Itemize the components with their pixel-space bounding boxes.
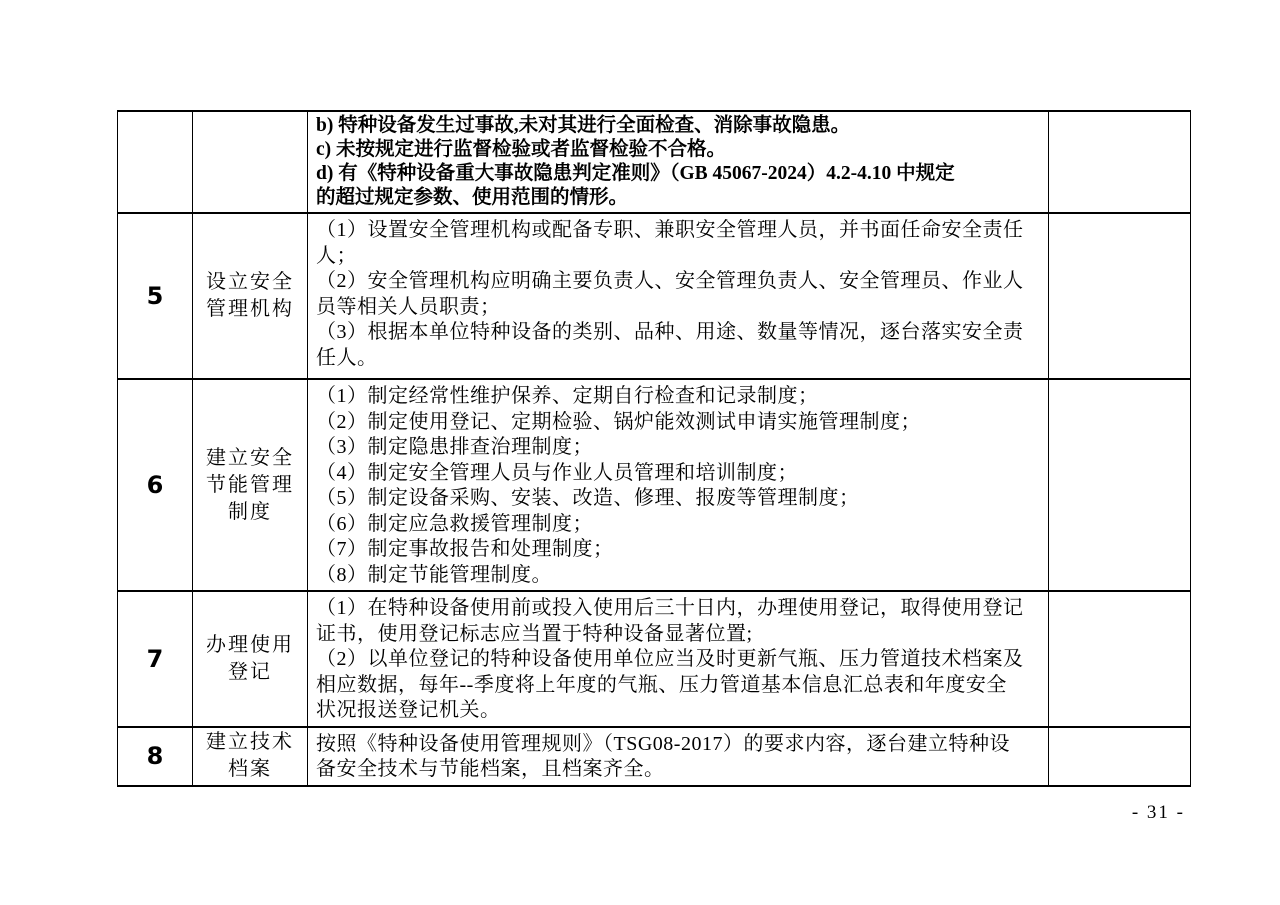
table-row-5: 5 设立安全管理机构 （1）设置安全管理机构或配备专职、兼职安全管理人员，并书面… (118, 213, 1191, 379)
text-line: （8）制定节能管理制度。 (316, 563, 1044, 589)
row-remark-cell (1049, 213, 1191, 379)
text-line: 的超过规定参数、使用范围的情形。 (316, 186, 1044, 210)
text-line: d) 有《特种设备重大事故隐患判定准则》（GB 45067-2024）4.2-4… (316, 162, 1044, 186)
text-line: （1）制定经常性维护保养、定期自行检查和记录制度； (316, 384, 1044, 410)
row-title-cell: 办理使用登记 (193, 591, 308, 727)
text-line: 相应数据，每年--季度将上年度的气瓶、压力管道基本信息汇总表和年度安全 (316, 673, 1044, 699)
text-line: （3）根据本单位特种设备的类别、品种、用途、数量等情况，逐台落实安全责 (316, 320, 1044, 346)
table-row-8: 8 建立技术档案 按照《特种设备使用管理规则》（TSG08-2017）的要求内容… (118, 727, 1191, 786)
text-line: b) 特种设备发生过事故,未对其进行全面检查、消除事故隐患。 (316, 114, 1044, 138)
table-row-6: 6 建立安全节能管理制度 （1）制定经常性维护保养、定期自行检查和记录制度；（2… (118, 379, 1191, 591)
row-title-cell: 设立安全管理机构 (193, 213, 308, 379)
row-number-cell (118, 111, 193, 213)
row-content-cell: （1）在特种设备使用前或投入使用后三十日内，办理使用登记，取得使用登记证书，使用… (308, 591, 1049, 727)
row-number-cell: 8 (118, 727, 193, 786)
text-line: （2）安全管理机构应明确主要负责人、安全管理负责人、安全管理员、作业人 (316, 269, 1044, 295)
table-row-continuation: b) 特种设备发生过事故,未对其进行全面检查、消除事故隐患。c) 未按规定进行监… (118, 111, 1191, 213)
text-line: 管理机构 (193, 296, 307, 323)
row-number-cell: 7 (118, 591, 193, 727)
row-content-cell: 按照《特种设备使用管理规则》（TSG08-2017）的要求内容，逐台建立特种设备… (308, 727, 1049, 786)
row-title-cell: 建立技术档案 (193, 727, 308, 786)
text-line: 人； (316, 244, 1044, 270)
text-line: 登记 (193, 659, 307, 686)
row-content-cell: （1）制定经常性维护保养、定期自行检查和记录制度；（2）制定使用登记、定期检验、… (308, 379, 1049, 591)
row-title-cell (193, 111, 308, 213)
text-line: 档案 (193, 756, 307, 783)
document-page: { "page": { "page_number": "- 31 -" }, "… (0, 0, 1280, 905)
text-line: 备安全技术与节能档案，且档案齐全。 (316, 757, 1044, 783)
text-line: （1）设置安全管理机构或配备专职、兼职安全管理人员，并书面任命安全责任 (316, 218, 1044, 244)
text-line: 建立技术 (193, 729, 307, 756)
text-line: （5）制定设备采购、安装、改造、修理、报废等管理制度； (316, 486, 1044, 512)
text-line: （4）制定安全管理人员与作业人员管理和培训制度； (316, 461, 1044, 487)
row-remark-cell (1049, 591, 1191, 727)
table-row-7: 7 办理使用登记 （1）在特种设备使用前或投入使用后三十日内，办理使用登记，取得… (118, 591, 1191, 727)
inspection-requirements-table: b) 特种设备发生过事故,未对其进行全面检查、消除事故隐患。c) 未按规定进行监… (117, 110, 1191, 787)
text-line: （7）制定事故报告和处理制度； (316, 537, 1044, 563)
row-title-cell: 建立安全节能管理制度 (193, 379, 308, 591)
text-line: （3）制定隐患排查治理制度； (316, 435, 1044, 461)
text-line: 建立安全 (193, 445, 307, 472)
row-number-cell: 5 (118, 213, 193, 379)
text-line: 证书，使用登记标志应当置于特种设备显著位置; (316, 622, 1044, 648)
text-line: 节能管理 (193, 472, 307, 499)
text-line: （2）制定使用登记、定期检验、锅炉能效测试申请实施管理制度； (316, 410, 1044, 436)
row-content-cell: b) 特种设备发生过事故,未对其进行全面检查、消除事故隐患。c) 未按规定进行监… (308, 111, 1049, 213)
row-remark-cell (1049, 727, 1191, 786)
text-line: （2）以单位登记的特种设备使用单位应当及时更新气瓶、压力管道技术档案及 (316, 647, 1044, 673)
text-line: （1）在特种设备使用前或投入使用后三十日内，办理使用登记，取得使用登记 (316, 596, 1044, 622)
text-line: 制度 (193, 499, 307, 526)
text-line: 办理使用 (193, 632, 307, 659)
page-number: - 31 - (1132, 802, 1185, 824)
row-remark-cell (1049, 379, 1191, 591)
text-line: 状况报送登记机关。 (316, 698, 1044, 724)
text-line: 按照《特种设备使用管理规则》（TSG08-2017）的要求内容，逐台建立特种设 (316, 732, 1044, 758)
text-line: （6）制定应急救援管理制度； (316, 512, 1044, 538)
row-remark-cell (1049, 111, 1191, 213)
text-line: 员等相关人员职责； (316, 295, 1044, 321)
row-number-cell: 6 (118, 379, 193, 591)
row-content-cell: （1）设置安全管理机构或配备专职、兼职安全管理人员，并书面任命安全责任人；（2）… (308, 213, 1049, 379)
text-line: 设立安全 (193, 269, 307, 296)
text-line: 任人。 (316, 346, 1044, 372)
text-line: c) 未按规定进行监督检验或者监督检验不合格。 (316, 138, 1044, 162)
